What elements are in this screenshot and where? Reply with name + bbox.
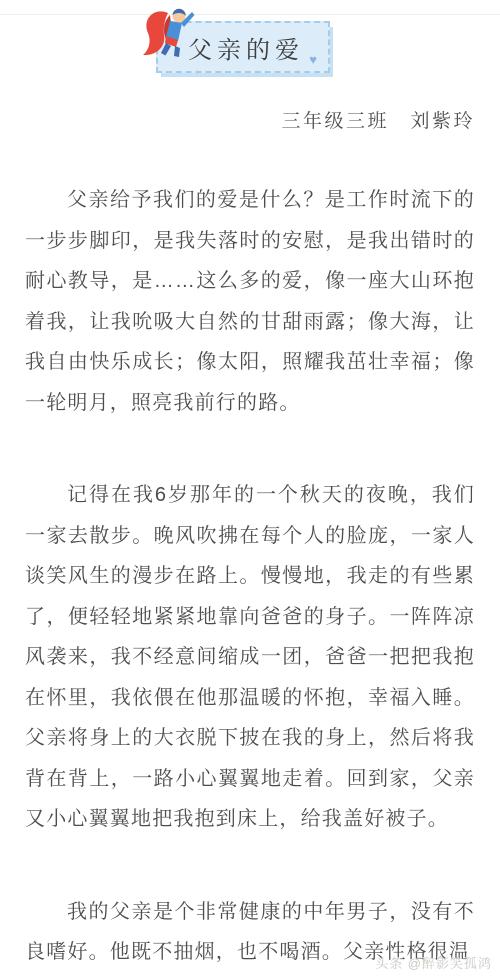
superhero-icon [138, 3, 198, 63]
essay-page: 父亲的爱 ♥ 三年级三班 刘紫玲 父亲给予我们的爱是什么？是工作时流下的一步步脚… [0, 0, 500, 977]
byline: 三年级三班 刘紫玲 [281, 106, 475, 133]
watermark: 头条 @醉影笑孤鸿 [375, 953, 492, 972]
paragraph-2: 记得在我6岁那年的一个秋天的夜晚，我们一家去散步。晚风吹拂在每个人的脸庞，一家人… [25, 475, 475, 840]
top-divider [0, 14, 500, 15]
page-title: 父亲的爱 [182, 30, 304, 65]
essay-body: 父亲给予我们的爱是什么？是工作时流下的一步步脚印，是我失落时的安慰，是我出错时的… [25, 180, 475, 973]
heart-icon: ♥ [309, 53, 317, 66]
paragraph-1: 父亲给予我们的爱是什么？是工作时流下的一步步脚印，是我失落时的安慰，是我出错时的… [25, 180, 475, 423]
